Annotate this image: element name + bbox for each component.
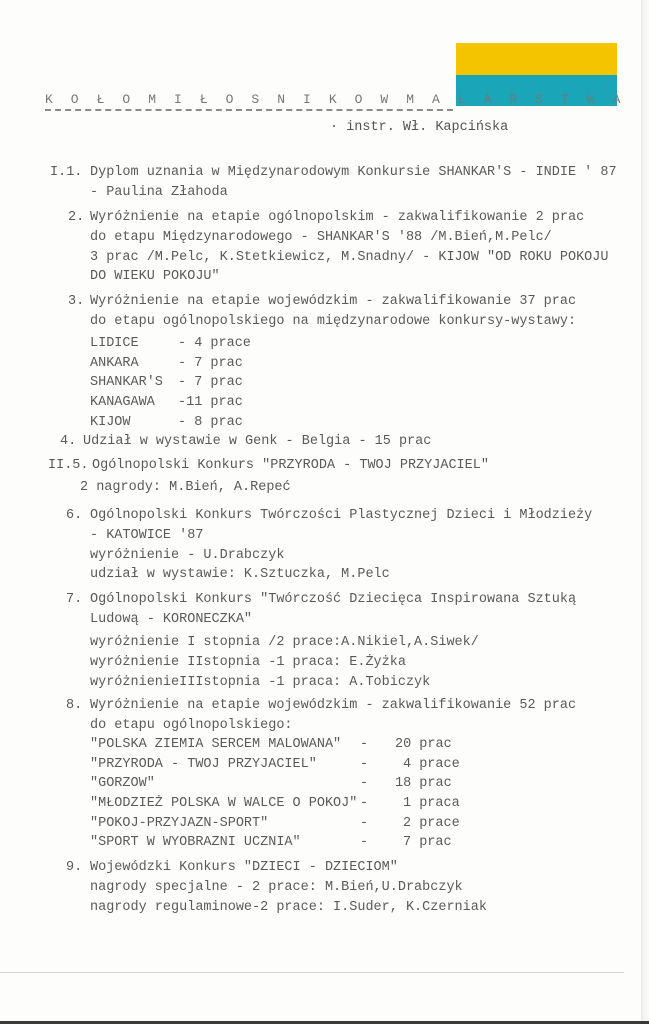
item-number: 8. <box>66 698 82 714</box>
table-cell-dash: - <box>360 757 368 773</box>
item-number: II.5. <box>48 458 89 474</box>
item-line: Ogólnopolski Konkurs "Twórczość Dziecięc… <box>90 592 576 608</box>
item-line: nagrody specjalne - 2 prace: M.Bień,U.Dr… <box>90 880 463 896</box>
item-line: 2 nagrody: M.Bień, A.Repeć <box>80 480 291 496</box>
table-cell-count: 2 prace <box>403 816 460 832</box>
table-cell-name: "POLSKA ZIEMIA SERCEM MALOWANA" <box>90 737 341 753</box>
item-number: 7. <box>66 592 82 608</box>
page-edge <box>641 0 649 1024</box>
item-line: udział w wystawie: K.Sztuczka, M.Pelc <box>90 567 390 583</box>
table-cell-count: 20 prac <box>395 737 452 753</box>
table-cell-name: "SPORT W WYOBRAZNI UCZNIA" <box>90 835 301 851</box>
item-number: 2. <box>68 210 84 226</box>
table-cell-count: - 7 prac <box>178 375 243 391</box>
item-line: Wojewódzki Konkurs "DZIECI - DZIECIOM" <box>90 860 398 876</box>
item-line: 3 prac /M.Pelc, K.Stetkiewicz, M.Snadny/… <box>90 250 608 266</box>
table-cell-name: LIDICE <box>90 336 139 352</box>
table-cell-dash: - <box>360 796 368 812</box>
item-line: Ogólnopolski Konkurs Twórczości Plastycz… <box>90 508 592 524</box>
item-line: wyróżnienie IIstopnia -1 praca: E.Żyżka <box>90 655 406 671</box>
table-cell-dash: - <box>360 776 368 792</box>
item-number: I.1. <box>50 165 82 181</box>
table-cell-count: 7 prac <box>403 835 452 851</box>
item-line: wyróżnienieIIIstopnia -1 praca: A.Tobicz… <box>90 675 430 691</box>
table-cell-dash: - <box>360 816 368 832</box>
item-line: Udział w wystawie w Genk - Belgia - 15 p… <box>83 434 431 450</box>
item-line: - KATOWICE '87 <box>90 528 203 544</box>
item-line: wyróżnienie - U.Drabczyk <box>90 548 284 564</box>
table-cell-name: "PRZYRODA - TWOJ PRZYJACIEL" <box>90 757 317 773</box>
item-line: Ludową - KORONECZKA" <box>90 612 252 628</box>
instructor-line: · instr. Wł. Kapcińska <box>330 120 508 135</box>
flag-band-yellow <box>456 43 617 75</box>
table-cell-name: SHANKAR'S <box>90 375 163 391</box>
table-cell-dash: - <box>360 835 368 851</box>
table-cell-count: - 7 prac <box>178 356 243 372</box>
table-cell-name: KIJOW <box>90 415 131 431</box>
document-title: K O Ł O M I Ł O S N I K O W M A L A R S … <box>45 92 453 111</box>
item-line: Ogólnopolski Konkurs "PRZYRODA - TWOJ PR… <box>92 458 489 474</box>
item-line: do etapu ogólnopolskiego: <box>90 718 293 734</box>
table-cell-count: - 4 prace <box>178 336 251 352</box>
table-cell-name: ANKARA <box>90 356 139 372</box>
item-line: Dyplom uznania w Międzynarodowym Konkurs… <box>90 165 617 181</box>
table-cell-name: KANAGAWA <box>90 395 155 411</box>
table-cell-count: 1 praca <box>403 796 460 812</box>
table-cell-name: "POKOJ-PRZYJAZN-SPORT" <box>90 816 268 832</box>
item-line: do etapu ogólnopolskiego na międzynarodo… <box>90 314 576 330</box>
item-line: wyróżnienie I stopnia /2 prace:A.Nikiel,… <box>90 635 479 651</box>
page-edge-line <box>0 972 624 973</box>
item-number: 3. <box>68 294 84 310</box>
item-line: - Paulina Złahoda <box>90 185 228 201</box>
item-line: DO WIEKU POKOJU" <box>90 269 220 285</box>
item-line: nagrody regulaminowe-2 prace: I.Suder, K… <box>90 900 487 916</box>
table-cell-count: -11 prac <box>178 395 243 411</box>
item-line: do etapu Międzynarodowego - SHANKAR'S '8… <box>90 230 552 246</box>
table-cell-name: "GORZOW" <box>90 776 155 792</box>
table-cell-count: 18 prac <box>395 776 452 792</box>
item-number: 4. <box>60 434 76 450</box>
item-line: Wyróżnienie na etapie ogólnopolskim - za… <box>90 210 584 226</box>
item-number: 9. <box>66 860 82 876</box>
table-cell-dash: - <box>360 737 368 753</box>
item-line: Wyróżnienie na etapie wojewódzkim - zakw… <box>90 294 576 310</box>
item-line: Wyróżnienie na etapie wojewódzkim - zakw… <box>90 698 576 714</box>
table-cell-name: "MŁODZIEŻ POLSKA W WALCE O POKOJ" <box>90 796 357 812</box>
table-cell-count: 4 prace <box>403 757 460 773</box>
item-number: 6. <box>66 508 82 524</box>
table-cell-count: - 8 prac <box>178 415 243 431</box>
